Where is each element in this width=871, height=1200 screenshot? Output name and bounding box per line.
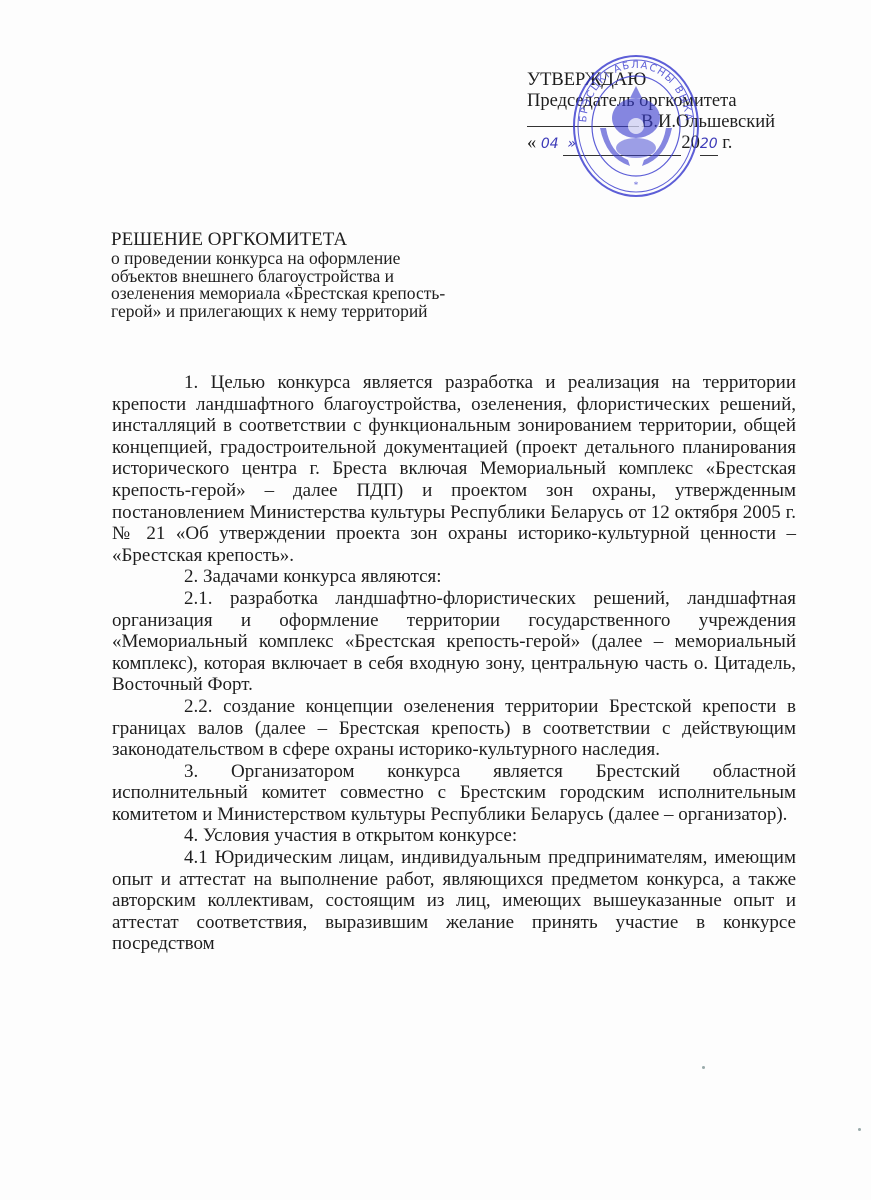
document-body: 1. Целью конкурса является разработка и …: [112, 372, 796, 955]
paragraph-condition-4-1: 4.1 Юридическим лицам, индивидуальным пр…: [112, 847, 796, 955]
date-day: 04: [541, 136, 559, 152]
paragraph-goal: 1. Целью конкурса является разработка и …: [112, 372, 796, 566]
title-line: о проведении конкурса на оформление: [111, 250, 531, 268]
paragraph-organizer: 3. Организатором конкурса является Брест…: [112, 761, 796, 826]
official-stamp-icon: БРЭСЦКІ АБЛАСНЫ ВЫКАНАЎЧЫ КАМІТЭТ *: [570, 48, 702, 198]
svg-text:*: *: [634, 180, 639, 190]
document-title-block: РЕШЕНИЕ ОРГКОМИТЕТА о проведении конкурс…: [111, 230, 531, 320]
title-line: герой» и прилегающих к нему территорий: [111, 303, 531, 321]
date-open-quote: «: [527, 133, 536, 153]
title-line: озеленения мемориала «Брестская крепость…: [111, 285, 531, 303]
paragraph-tasks-heading: 2. Задачами конкурса являются:: [112, 566, 796, 588]
document-heading: РЕШЕНИЕ ОРГКОМИТЕТА: [111, 230, 531, 250]
paragraph-conditions-heading: 4. Условия участия в открытом конкурсе:: [112, 825, 796, 847]
date-year: 20: [700, 136, 718, 152]
paragraph-task-2-1: 2.1. разработка ландшафтно-флористически…: [112, 588, 796, 696]
paragraph-task-2-2: 2.2. создание концепции озеленения терри…: [112, 696, 796, 761]
date-year-line: 20: [700, 133, 718, 156]
date-suffix: г.: [722, 133, 732, 153]
scan-speck: [702, 1066, 705, 1069]
scan-speck: [858, 1128, 861, 1131]
document-page: УТВЕРЖДАЮ Председатель оргкомитета В.И.О…: [0, 0, 871, 1200]
